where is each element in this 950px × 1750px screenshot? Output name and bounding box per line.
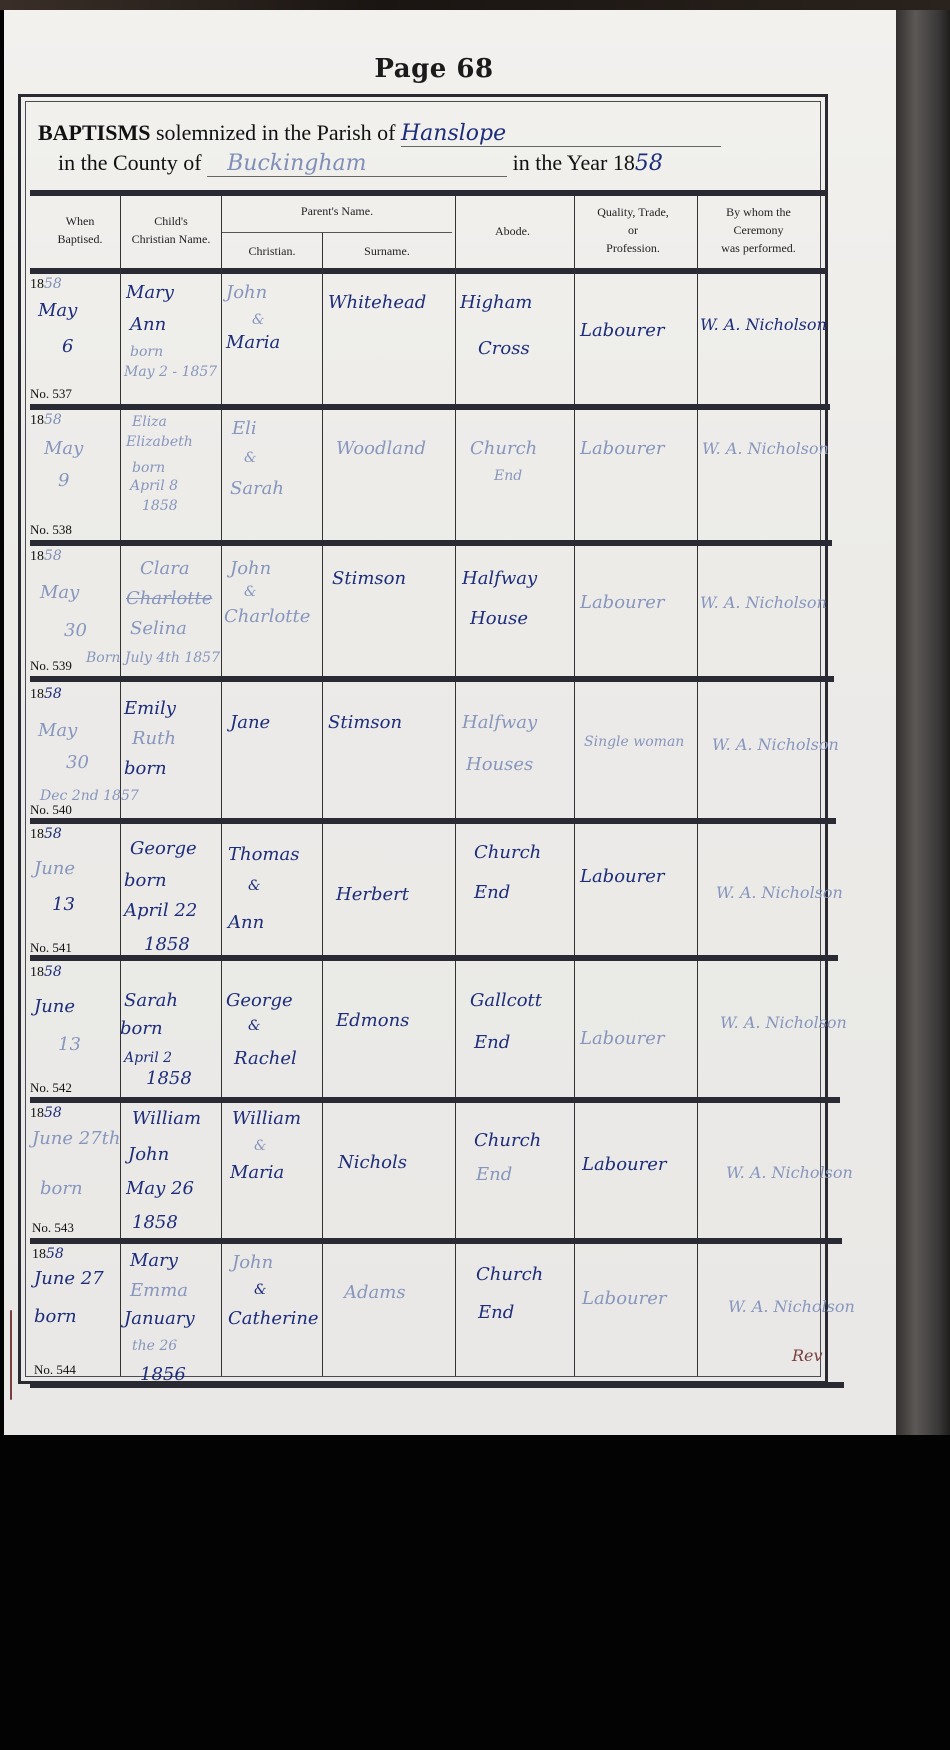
handwritten-field: Stimson xyxy=(328,710,402,736)
handwritten-field: No. 544 xyxy=(34,1362,76,1378)
handwritten-field: April 22 xyxy=(124,898,197,924)
handwritten-field: No. 541 xyxy=(30,940,72,956)
row-rule xyxy=(30,818,836,824)
handwritten-field: 18 xyxy=(30,1106,44,1121)
handwritten-field: born xyxy=(34,1304,77,1330)
handwritten-field: Clara xyxy=(140,556,190,582)
handwritten-field: 9 xyxy=(58,468,69,494)
handwritten-field: W. A. Nicholson xyxy=(728,1294,855,1320)
handwritten-field: W. A. Nicholson xyxy=(702,436,829,462)
handwritten-field: Nichols xyxy=(338,1150,407,1176)
handwritten-field: 13 xyxy=(52,892,75,918)
handwritten-field: 1858 xyxy=(144,932,190,958)
col-parent-christian: Christian. xyxy=(222,242,322,260)
handwritten-field: Labourer xyxy=(582,1286,667,1312)
handwritten-field: was performed. xyxy=(696,239,821,257)
col-abode: Abode. xyxy=(455,222,570,240)
handwritten-field: Church xyxy=(476,1262,543,1288)
handwritten-field: June 27 xyxy=(34,1266,104,1292)
handwritten-field: Cross xyxy=(478,336,530,362)
handwritten-field: 18 xyxy=(30,277,44,292)
handwritten-field: 30 xyxy=(64,618,87,644)
handwritten-field: House xyxy=(470,606,528,632)
handwritten-field: May 26 xyxy=(126,1176,194,1202)
handwritten-field: End xyxy=(476,1162,512,1188)
handwritten-field: 58 xyxy=(46,1246,64,1262)
handwritten-field: May 2 - 1857 xyxy=(124,362,217,382)
handwritten-field: & xyxy=(244,582,256,602)
handwritten-field: 58 xyxy=(44,548,62,564)
handwritten-field: 58 xyxy=(44,276,62,292)
handwritten-field: W. A. Nicholson xyxy=(700,590,827,616)
handwritten-field: End xyxy=(474,1030,510,1056)
handwritten-field: Gallcott xyxy=(470,988,542,1014)
year-suffix: 58 xyxy=(635,151,663,176)
handwritten-field: Sarah xyxy=(230,476,284,502)
row-rule xyxy=(30,1097,840,1103)
handwritten-field: 1858 xyxy=(146,1066,192,1092)
handwritten-field: & xyxy=(244,448,256,468)
handwritten-field: born xyxy=(124,756,167,782)
handwritten-field: April 2 xyxy=(124,1048,172,1068)
handwritten-field: 13 xyxy=(58,1032,81,1058)
handwritten-field: Mary xyxy=(130,1248,178,1274)
row-rule xyxy=(30,1238,842,1244)
handwritten-field: & xyxy=(254,1280,266,1300)
handwritten-field: Adams xyxy=(344,1280,406,1306)
col-divider xyxy=(574,196,575,1376)
handwritten-field: John xyxy=(230,556,271,582)
row-rule xyxy=(30,676,834,682)
handwritten-field: born xyxy=(130,342,163,362)
handwritten-field: 58 xyxy=(44,826,62,842)
handwritten-field: 1858 xyxy=(142,496,178,516)
title-text: solemnized in the Parish of xyxy=(150,120,401,145)
handwritten-field: Ceremony xyxy=(696,221,821,239)
handwritten-field: 18 xyxy=(32,1247,46,1262)
handwritten-field: Rachel xyxy=(234,1046,297,1072)
handwritten-field: No. 539 xyxy=(30,658,72,674)
handwritten-field: Sarah xyxy=(124,988,178,1014)
parish-name: Hanslope xyxy=(401,121,506,146)
handwritten-field: Dec 2nd 1857 xyxy=(40,786,139,806)
handwritten-field: Higham xyxy=(460,290,532,316)
margin-bracket-mark xyxy=(10,1310,12,1400)
county-name: Buckingham xyxy=(207,151,366,176)
handwritten-field: John xyxy=(226,280,267,306)
handwritten-field: W. A. Nicholson xyxy=(726,1160,853,1186)
county-label: in the County of xyxy=(58,150,207,175)
handwritten-field: Maria xyxy=(230,1160,284,1186)
handwritten-field: Labourer xyxy=(582,1152,667,1178)
handwritten-field: 18 xyxy=(30,413,44,428)
handwritten-field: Labourer xyxy=(580,318,665,344)
handwritten-field: & xyxy=(248,1016,260,1036)
title-baptisms: BAPTISMS xyxy=(38,120,150,145)
handwritten-field: Christian Name. xyxy=(122,230,220,248)
handwritten-field: Labourer xyxy=(580,436,665,462)
handwritten-field: W. A. Nicholson xyxy=(712,732,839,758)
handwritten-field: born xyxy=(120,1016,163,1042)
handwritten-field: May xyxy=(44,436,83,462)
book-top-edge xyxy=(0,0,950,10)
handwritten-field: When xyxy=(40,212,120,230)
handwritten-field: born xyxy=(132,458,165,478)
handwritten-field: or xyxy=(572,221,694,239)
handwritten-field: Edmons xyxy=(336,1008,409,1034)
handwritten-field: George xyxy=(130,836,197,862)
handwritten-field: Labourer xyxy=(580,1026,665,1052)
handwritten-field: May xyxy=(38,298,77,324)
handwritten-field: 58 xyxy=(44,686,62,702)
margin-note: Rev xyxy=(792,1346,823,1365)
handwritten-field: No. 543 xyxy=(32,1220,74,1236)
handwritten-field: End xyxy=(478,1300,514,1326)
handwritten-field: Charlotte xyxy=(126,586,212,612)
handwritten-field: May xyxy=(38,718,77,744)
handwritten-field: Eliza xyxy=(132,412,167,432)
handwritten-field: John xyxy=(128,1142,169,1168)
handwritten-field: Charlotte xyxy=(224,604,310,630)
handwritten-field: Selina xyxy=(130,616,187,642)
handwritten-field: & xyxy=(248,876,260,896)
handwritten-field: 6 xyxy=(62,334,73,360)
handwritten-field: Child's xyxy=(122,212,220,230)
row-rule xyxy=(30,404,830,410)
handwritten-field: W. A. Nicholson xyxy=(700,312,827,338)
handwritten-field: Ann xyxy=(130,312,166,338)
handwritten-field: Eli xyxy=(232,416,257,442)
handwritten-field: & xyxy=(252,310,264,330)
handwritten-field: Elizabeth xyxy=(126,432,193,452)
handwritten-field: & xyxy=(254,1136,266,1156)
handwritten-field: 1856 xyxy=(140,1362,186,1388)
handwritten-field: 58 xyxy=(44,964,62,980)
handwritten-field: Woodland xyxy=(336,436,426,462)
handwritten-field: June xyxy=(34,994,75,1020)
handwritten-field: the 26 xyxy=(132,1336,177,1356)
col-child: Child'sChristian Name. xyxy=(122,212,220,248)
handwritten-field: Thomas xyxy=(228,842,299,868)
handwritten-field: Ann xyxy=(228,910,264,936)
handwritten-field: April 8 xyxy=(130,476,178,496)
handwritten-field: Ruth xyxy=(132,726,176,752)
handwritten-field: Herbert xyxy=(336,882,409,908)
col-trade: Quality, Trade,orProfession. xyxy=(572,203,694,257)
handwritten-field: Houses xyxy=(466,752,533,778)
year-label: in the Year 18 xyxy=(507,150,635,175)
col-officiant: By whom theCeremonywas performed. xyxy=(696,203,821,257)
handwritten-field: Single woman xyxy=(584,732,684,752)
handwritten-field: Emma xyxy=(130,1278,188,1304)
handwritten-field: No. 538 xyxy=(30,522,72,538)
handwritten-field: Profession. xyxy=(572,239,694,257)
parents-subrule xyxy=(222,232,452,233)
handwritten-field: Stimson xyxy=(332,566,406,592)
handwritten-field: By whom the xyxy=(696,203,821,221)
handwritten-field: June xyxy=(34,856,75,882)
col-divider xyxy=(455,196,456,1376)
handwritten-field: born xyxy=(40,1176,83,1202)
handwritten-field: Maria xyxy=(226,330,280,356)
handwritten-field: Whitehead xyxy=(328,290,426,316)
col-parents: Parent's Name. xyxy=(222,202,452,220)
handwritten-field: Halfway xyxy=(462,566,537,592)
handwritten-field: George xyxy=(226,988,293,1014)
book-binding-edge xyxy=(892,10,950,1435)
handwritten-field: Labourer xyxy=(580,864,665,890)
handwritten-field: 18 xyxy=(30,687,44,702)
handwritten-field: 1858 xyxy=(132,1210,178,1236)
handwritten-field: No. 537 xyxy=(30,386,72,402)
handwritten-field: May xyxy=(40,580,79,606)
register-title-line2: in the County of Buckingham in the Year … xyxy=(58,150,663,177)
handwritten-field: 18 xyxy=(30,549,44,564)
col-when: WhenBaptised. xyxy=(40,212,120,248)
handwritten-field: Born July 4th 1857 xyxy=(86,648,220,668)
handwritten-field: June 27th xyxy=(32,1126,121,1152)
handwritten-field: 18 xyxy=(30,965,44,980)
row-rule xyxy=(30,540,832,546)
handwritten-field: W. A. Nicholson xyxy=(716,880,843,906)
handwritten-field: 30 xyxy=(66,750,89,776)
header-bottom-rule xyxy=(30,268,825,274)
handwritten-field: Catherine xyxy=(228,1306,319,1332)
handwritten-field: Quality, Trade, xyxy=(572,203,694,221)
handwritten-field: Mary xyxy=(126,280,174,306)
handwritten-field: End xyxy=(474,880,510,906)
col-divider xyxy=(221,196,222,1376)
handwritten-field: End xyxy=(494,466,522,486)
handwritten-field: Church xyxy=(474,840,541,866)
handwritten-field: No. 542 xyxy=(30,1080,72,1096)
handwritten-field: William xyxy=(132,1106,201,1132)
handwritten-field: 18 xyxy=(30,827,44,842)
handwritten-field: William xyxy=(232,1106,301,1132)
handwritten-field: Halfway xyxy=(462,710,537,736)
handwritten-field: Church xyxy=(470,436,537,462)
handwritten-field: Jane xyxy=(230,710,270,736)
handwritten-field: 58 xyxy=(44,412,62,428)
handwritten-field: Baptised. xyxy=(40,230,120,248)
handwritten-field: born xyxy=(124,868,167,894)
handwritten-field: 58 xyxy=(44,1105,62,1121)
handwritten-field: Labourer xyxy=(580,590,665,616)
register-title-line1: BAPTISMS solemnized in the Parish of Han… xyxy=(38,120,721,147)
page-number: Page 68 xyxy=(4,54,864,84)
handwritten-field: Church xyxy=(474,1128,541,1154)
header-rule xyxy=(30,190,825,196)
handwritten-field: January xyxy=(124,1306,195,1332)
handwritten-field: Emily xyxy=(124,696,176,722)
handwritten-field: W. A. Nicholson xyxy=(720,1010,847,1036)
col-divider xyxy=(697,196,698,1376)
handwritten-field: John xyxy=(232,1250,273,1276)
col-parent-surname: Surname. xyxy=(322,242,452,260)
